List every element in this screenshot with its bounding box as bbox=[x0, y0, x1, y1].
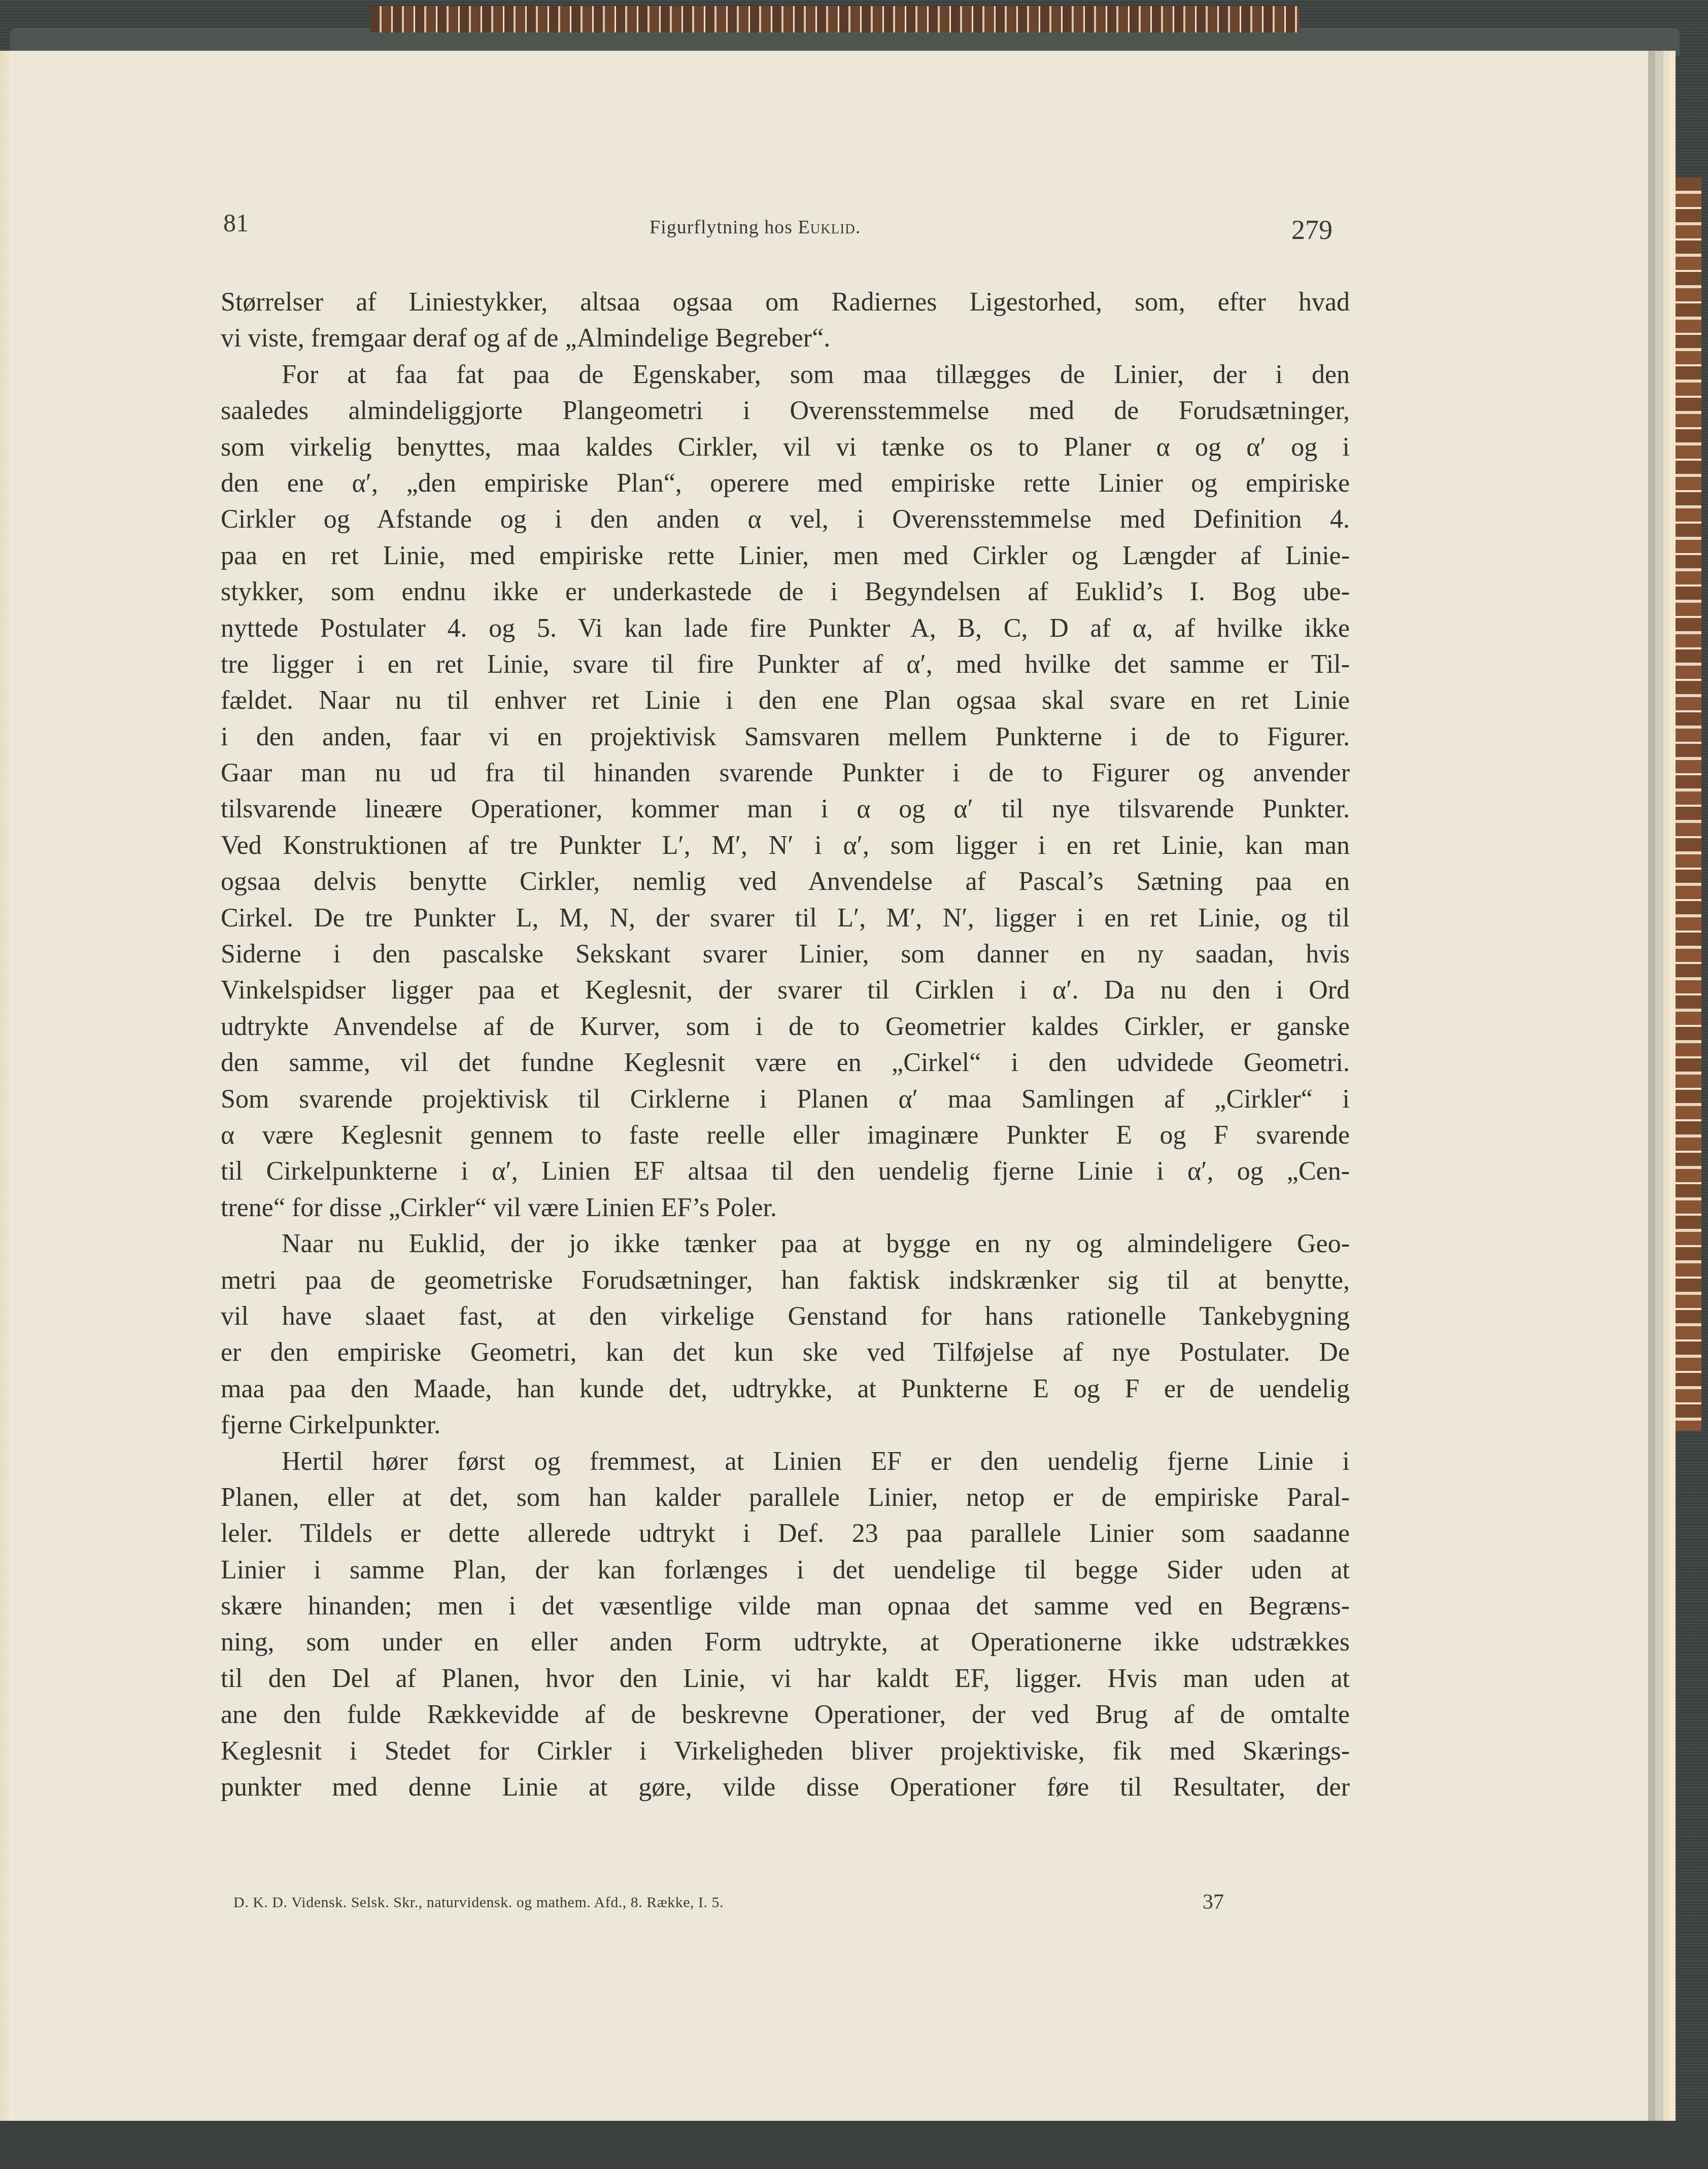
text-line: maa paa den Maade, han kunde det, udtryk… bbox=[221, 1371, 1350, 1407]
text-line: Siderne i den pascalske Sekskant svarer … bbox=[221, 936, 1350, 972]
page-number: 279 bbox=[1291, 214, 1333, 246]
signature-mark: 37 bbox=[1203, 1890, 1224, 1914]
text-line: udtrykte Anvendelse af de Kurver, som i … bbox=[221, 1009, 1350, 1045]
text-line: vi viste, fremgaar deraf og af de „Almin… bbox=[221, 320, 1350, 356]
text-line: fældet. Naar nu til enhver ret Linie i d… bbox=[221, 682, 1350, 718]
text-line: metri paa de geometriske Forudsætninger,… bbox=[221, 1262, 1350, 1298]
text-line: paa en ret Linie, med empiriske rette Li… bbox=[221, 538, 1350, 574]
footer-citation: D. K. D. Vidensk. Selsk. Skr., naturvide… bbox=[233, 1894, 724, 1911]
text-line: vil have slaaet fast, at den virkelige G… bbox=[221, 1298, 1350, 1334]
text-line: trene“ for disse „Cirkler“ vil være Lini… bbox=[221, 1190, 1350, 1226]
text-line: leler. Tildels er dette allerede udtrykt… bbox=[221, 1516, 1350, 1552]
text-line: ogsaa delvis benytte Cirkler, nemlig ved… bbox=[221, 864, 1350, 900]
text-line: fjerne Cirkelpunkter. bbox=[221, 1407, 1350, 1443]
text-line: den samme, vil det fundne Keglesnit være… bbox=[221, 1045, 1350, 1081]
text-line: Naar nu Euklid, der jo ikke tænker paa a… bbox=[221, 1226, 1350, 1262]
text-line: tre ligger i en ret Linie, svare til fir… bbox=[221, 646, 1350, 682]
text-line: nyttede Postulater 4. og 5. Vi kan lade … bbox=[221, 610, 1350, 646]
paragraph: Størrelser af Liniestykker, altsaa ogsaa… bbox=[221, 284, 1350, 357]
text-line: Hertil hører først og fremmest, at Linie… bbox=[221, 1443, 1350, 1479]
text-line: Ved Konstruktionen af tre Punkter L′, M′… bbox=[221, 828, 1350, 864]
text-line: tilsvarende lineære Operationer, kommer … bbox=[221, 791, 1350, 827]
text-line: ane den fulde Rækkevidde af de beskrevne… bbox=[221, 1697, 1350, 1733]
text-line: Vinkelspidser ligger paa et Keglesnit, d… bbox=[221, 972, 1350, 1008]
text-line: punkter med denne Linie at gøre, vilde d… bbox=[221, 1769, 1350, 1805]
running-head: 81 Figurflytning hos Euklid. 279 bbox=[0, 208, 1648, 249]
text-line: Linier i samme Plan, der kan forlænges i… bbox=[221, 1552, 1350, 1588]
text-line: Cirkler og Afstande og i den anden α vel… bbox=[221, 501, 1350, 537]
running-title: Figurflytning hos Euklid. bbox=[650, 216, 861, 238]
text-line: α være Keglesnit gennem to faste reelle … bbox=[221, 1117, 1350, 1153]
text-line: Keglesnit i Stedet for Cirkler i Virkeli… bbox=[221, 1733, 1350, 1769]
text-line: Gaar man nu ud fra til hinanden svarende… bbox=[221, 755, 1350, 791]
running-title-author: Euklid. bbox=[798, 217, 861, 238]
marbled-endpaper-top bbox=[370, 6, 1299, 32]
folio-left: 81 bbox=[223, 208, 249, 237]
text-line: til den Del af Planen, hvor den Linie, v… bbox=[221, 1661, 1350, 1697]
text-line: stykker, som endnu ikke er underkastede … bbox=[221, 574, 1350, 610]
paragraph: Hertil hører først og fremmest, at Linie… bbox=[221, 1443, 1350, 1806]
text-line: er den empiriske Geometri, kan det kun s… bbox=[221, 1334, 1350, 1370]
book-cloth-bottom bbox=[0, 2121, 1708, 2169]
page-edge-stack bbox=[1644, 51, 1676, 2131]
text-line: i den anden, faar vi en projektivisk Sam… bbox=[221, 719, 1350, 755]
text-line: saaledes almindeliggjorte Plangeometri i… bbox=[221, 393, 1350, 429]
text-line: ning, som under en eller anden Form udtr… bbox=[221, 1624, 1350, 1660]
text-line: Som svarende projektivisk til Cirklerne … bbox=[221, 1081, 1350, 1117]
text-line: skære hinanden; men i det væsentlige vil… bbox=[221, 1588, 1350, 1624]
text-line: For at faa fat paa de Egenskaber, som ma… bbox=[221, 357, 1350, 393]
text-line: til Cirkelpunkterne i α′, Linien EF alts… bbox=[221, 1153, 1350, 1189]
paragraph: For at faa fat paa de Egenskaber, som ma… bbox=[221, 357, 1350, 1226]
text-line: Cirkel. De tre Punkter L, M, N, der svar… bbox=[221, 900, 1350, 936]
text-line: Planen, eller at det, som han kalder par… bbox=[221, 1479, 1350, 1516]
running-title-text: Figurflytning hos bbox=[650, 217, 798, 238]
text-line: som virkelig benyttes, maa kaldes Cirkle… bbox=[221, 429, 1350, 465]
text-line: den ene α′, „den empiriske Plan“, operer… bbox=[221, 465, 1350, 501]
marbled-endpaper-right bbox=[1673, 178, 1701, 1431]
text-line: Størrelser af Liniestykker, altsaa ogsaa… bbox=[221, 284, 1350, 320]
paragraph: Naar nu Euklid, der jo ikke tænker paa a… bbox=[221, 1226, 1350, 1443]
body-text: Størrelser af Liniestykker, altsaa ogsaa… bbox=[221, 284, 1350, 1805]
